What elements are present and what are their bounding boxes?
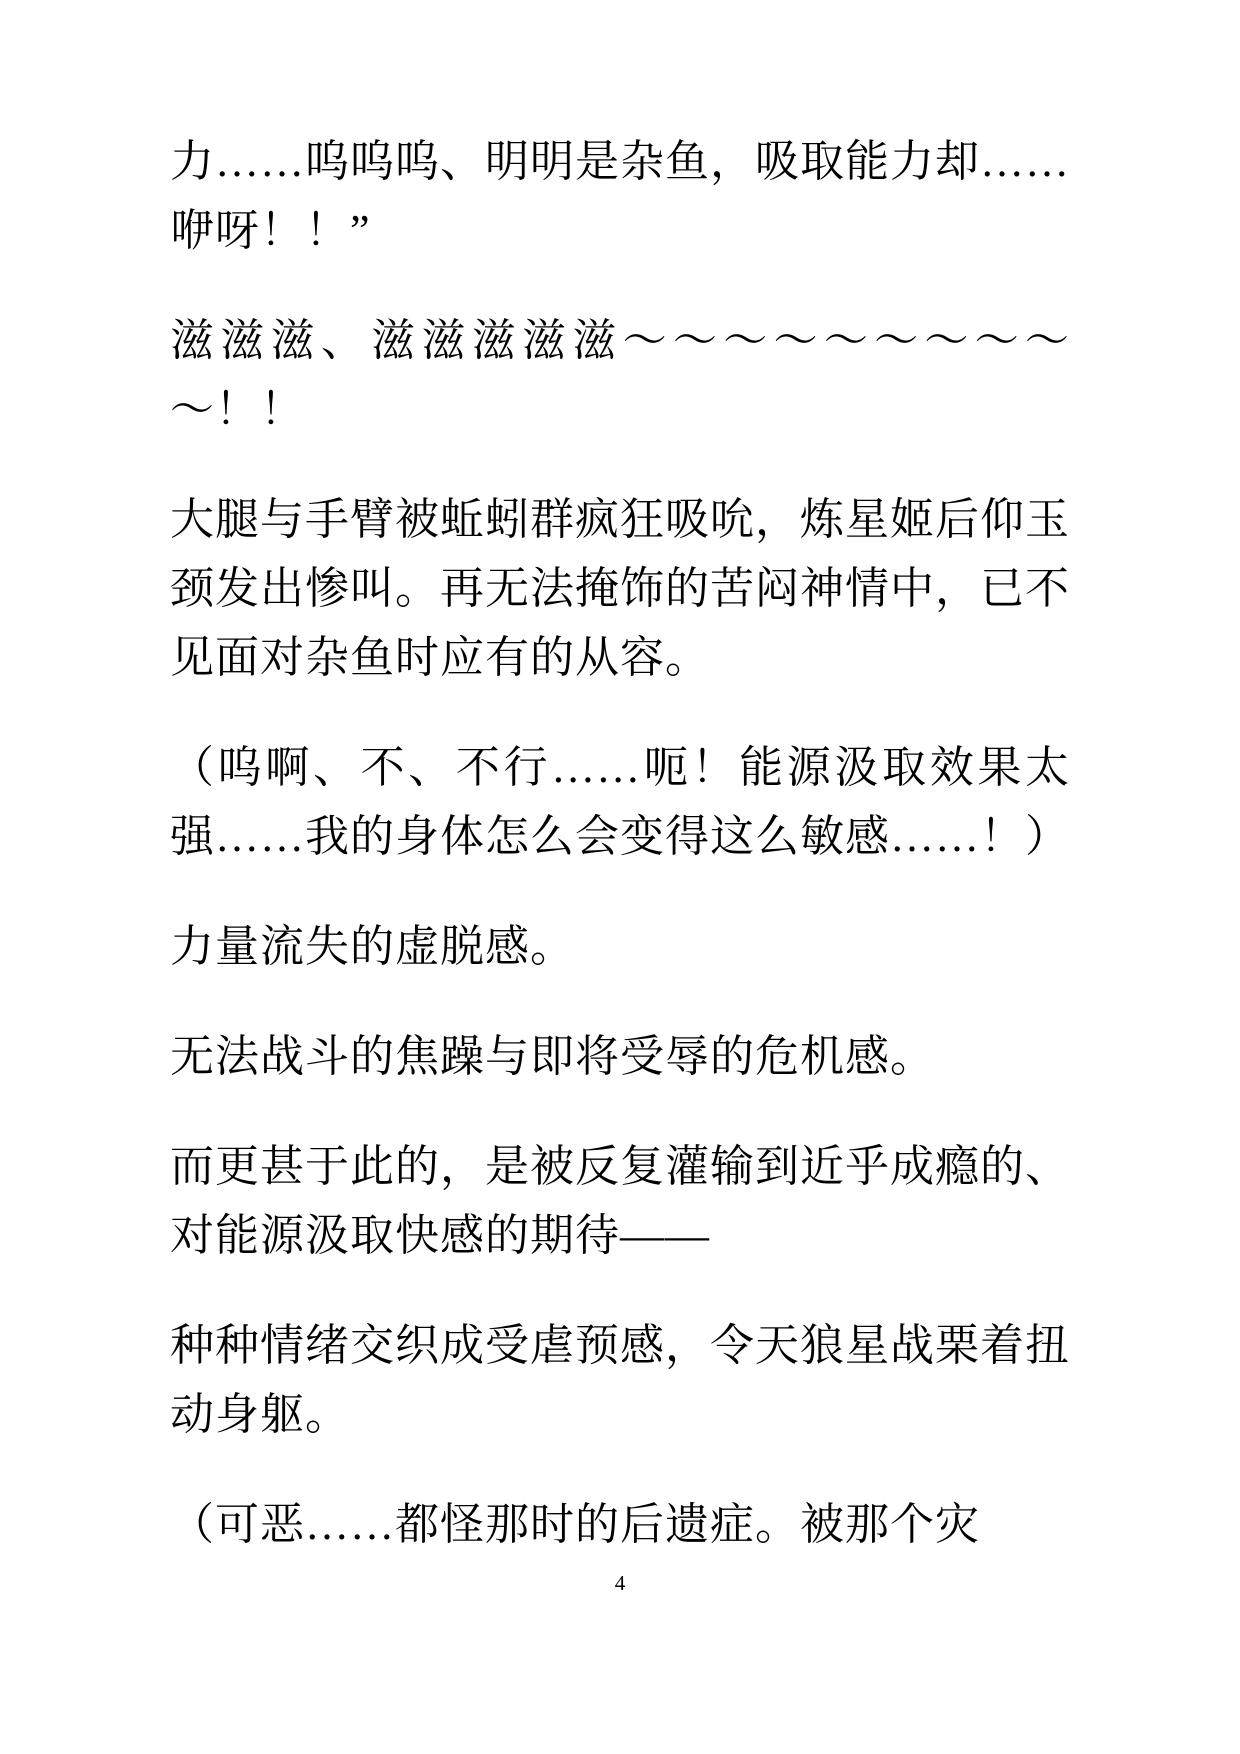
paragraph: 而更甚于此的，是被反复灌输到近乎成瘾的、对能源汲取快感的期待——: [170, 1132, 1070, 1270]
paragraph: 大腿与手臂被蚯蚓群疯狂吸吮，炼星姬后仰玉颈发出惨叫。再无法掩饰的苦闷神情中，已不…: [170, 485, 1070, 692]
paragraph: （可恶……都怪那时的后遗症。被那个灾: [170, 1490, 1070, 1559]
paragraph: 种种情绪交织成受虐预感，令天狼星战栗着扭动身躯。: [170, 1311, 1070, 1449]
paragraph: 无法战斗的焦躁与即将受辱的危机感。: [170, 1022, 1070, 1091]
paragraph: 滋滋滋、滋滋滋滋滋～～～～～～～～～～！！: [170, 306, 1070, 444]
paragraph: 力量流失的虚脱感。: [170, 912, 1070, 981]
paragraph: （呜啊、不、不行……呃！能源汲取效果太强……我的身体怎么会变得这么敏感……！）: [170, 733, 1070, 871]
paragraph: 力……呜呜呜、明明是杂鱼，吸取能力却……咿呀！！”: [170, 127, 1070, 265]
page-number: 4: [0, 1570, 1240, 1596]
document-page: 力……呜呜呜、明明是杂鱼，吸取能力却……咿呀！！” 滋滋滋、滋滋滋滋滋～～～～～…: [0, 0, 1240, 1754]
